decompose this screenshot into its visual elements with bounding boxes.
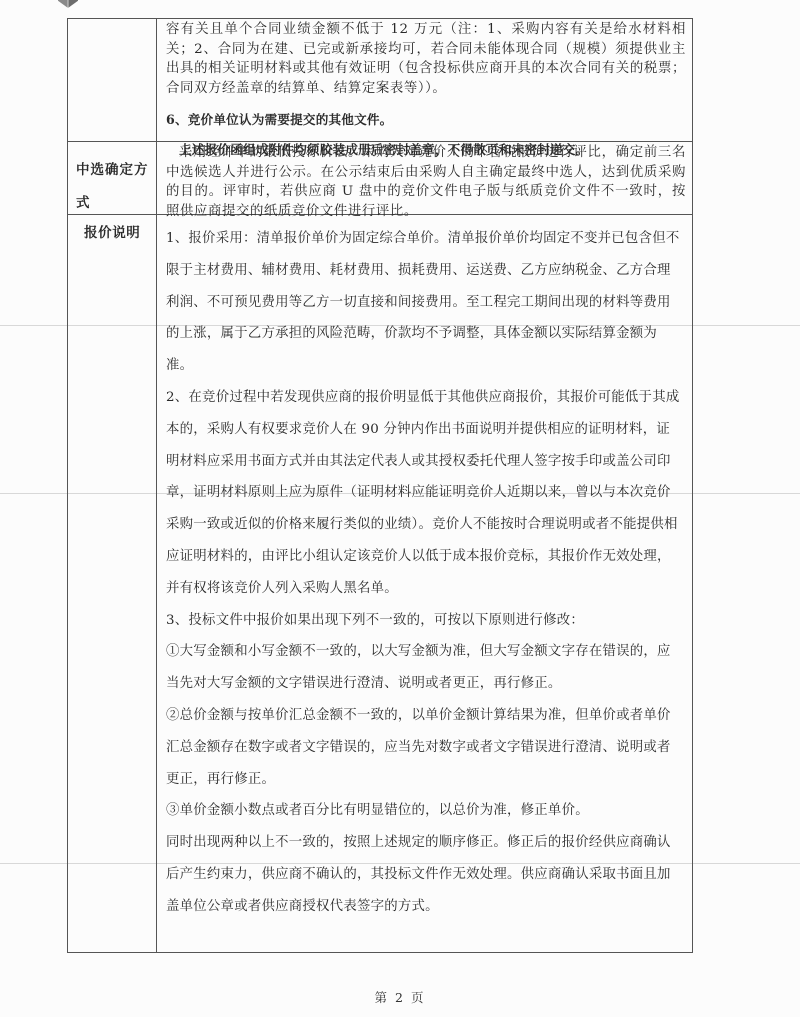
quotation-rule-3: ③单价金额小数点或者百分比有明显错位的，以总价为准，修正单价。	[166, 795, 682, 827]
row-label-cell	[68, 19, 157, 141]
table-row-selection-method: 中选确定方式 采用经评审的最低投标价法。采购人对竞价人的不含税报价进行评比，确定…	[68, 142, 692, 215]
other-documents-text: 6、竞价单位认为需要提交的其他文件。	[166, 111, 686, 129]
row-label-cell: 报价说明	[68, 215, 157, 953]
row-label-cell: 中选确定方式	[68, 142, 157, 214]
quotation-rule-summary: 同时出现两种以上不一致的，按照上述规定的顺序修正。修正后的报价经供应商确认后产生…	[166, 827, 682, 922]
binder-clip-mark	[58, 0, 78, 8]
bidding-info-table: 容有关且单个合同业绩金额不低于 12 万元（注：1、采购内容有关是给水材料相关；…	[67, 18, 693, 953]
row-label-selection-method: 中选确定方式	[76, 154, 152, 220]
quotation-rule-1: ①大写金额和小写金额不一致的，以大写金额为准，但大写金额文字存在错误的，应当先对…	[166, 636, 682, 700]
page-number: 第 2 页	[0, 988, 800, 1006]
qualification-text: 容有关且单个合同业绩金额不低于 12 万元（注：1、采购内容有关是给水材料相关；…	[166, 20, 686, 98]
row-content-cell: 1、报价采用：清单报价单价为固定综合单价。清单报价单价均固定不变并已包含但不限于…	[157, 215, 692, 953]
quotation-note-1: 1、报价采用：清单报价单价为固定综合单价。清单报价单价均固定不变并已包含但不限于…	[166, 223, 682, 382]
row-content-cell: 采用经评审的最低投标价法。采购人对竞价人的不含税报价进行评比，确定前三名中选候选…	[157, 142, 692, 214]
row-label-quotation-notes: 报价说明	[84, 223, 152, 243]
row-content-cell: 容有关且单个合同业绩金额不低于 12 万元（注：1、采购内容有关是给水材料相关；…	[157, 19, 692, 141]
quotation-rule-2: ②总价金额与按单价汇总金额不一致的，以单价金额计算结果为准，但单价或者单价汇总金…	[166, 700, 682, 795]
table-row-quotation-notes: 报价说明 1、报价采用：清单报价单价为固定综合单价。清单报价单价均固定不变并已包…	[68, 215, 692, 953]
table-row-qualification-continued: 容有关且单个合同业绩金额不低于 12 万元（注：1、采购内容有关是给水材料相关；…	[68, 19, 692, 142]
selection-method-text: 采用经评审的最低投标价法。采购人对竞价人的不含税报价进行评比，确定前三名中选候选…	[166, 143, 686, 221]
quotation-note-3: 3、投标文件中报价如果出现下列不一致的，可按以下原则进行修改：	[166, 605, 682, 637]
quotation-note-2: 2、在竞价过程中若发现供应商的报价明显低于其他供应商报价，其报价可能低于其成本的…	[166, 382, 682, 605]
